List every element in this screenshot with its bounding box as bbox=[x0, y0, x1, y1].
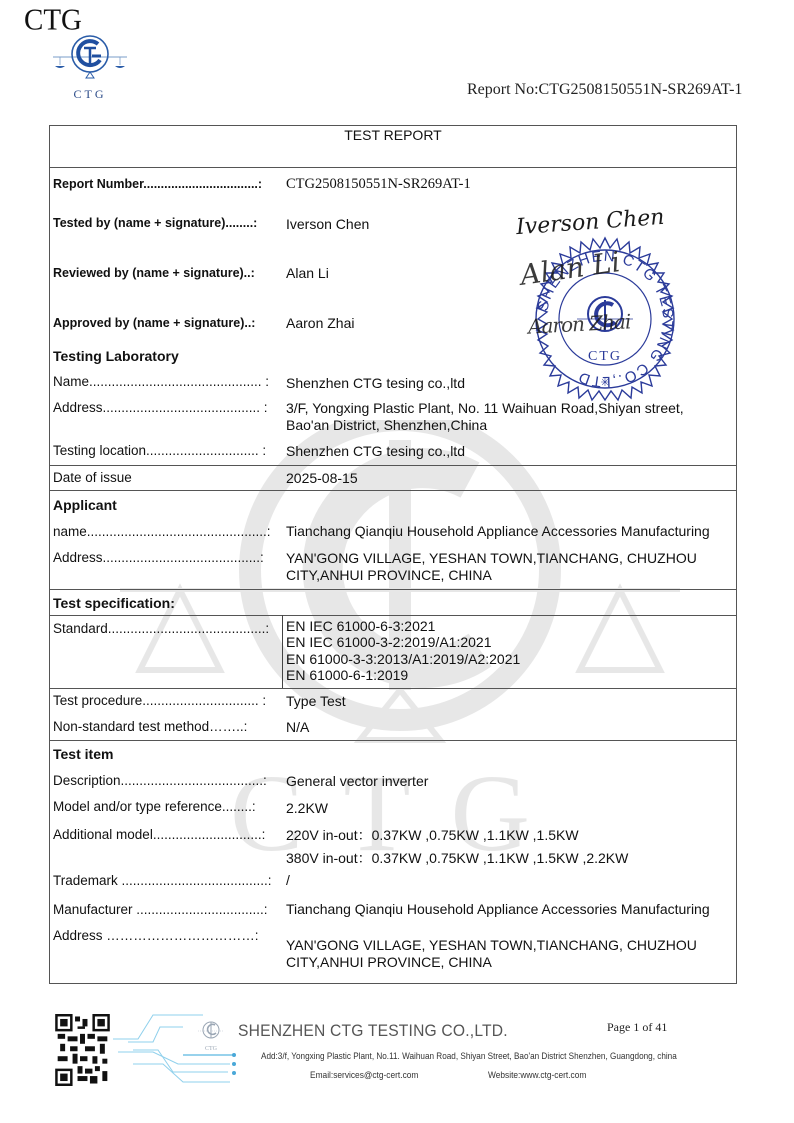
trademark-value: / bbox=[286, 872, 290, 889]
divider bbox=[49, 465, 737, 466]
test-item-heading: Test item bbox=[53, 746, 113, 762]
applicant-name-label: name....................................… bbox=[53, 524, 271, 539]
footer-logo-caption: CTG bbox=[205, 1046, 218, 1052]
non-standard-method-label: Non-standard test method……..: bbox=[53, 719, 247, 734]
divider bbox=[49, 490, 737, 491]
report-number-header: Report No:CTG2508150551N-SR269AT-1 bbox=[467, 81, 742, 99]
report-number-label: Report Number...........................… bbox=[53, 177, 262, 191]
footer-address: Add:3/f, Yongxing Plastic Plant, No.11. … bbox=[261, 1051, 677, 1062]
svg-text:✳: ✳ bbox=[600, 377, 609, 389]
footer-logo-icon: CTG bbox=[196, 1016, 226, 1054]
page-number: Page 1 of 41 bbox=[607, 1020, 667, 1035]
applicant-heading: Applicant bbox=[53, 497, 117, 513]
additional-model-line1: 220V in-out：0.37KW ,0.75KW ,1.1KW ,1.5KW bbox=[286, 827, 579, 844]
model-label: Model and/or type reference........: bbox=[53, 799, 256, 814]
report-title: TEST REPORT bbox=[49, 127, 737, 143]
report-number-value: CTG2508150551N-SR269AT-1 bbox=[286, 176, 471, 193]
standard-value-2: EN IEC 61000-3-2:2019/A1:2021 bbox=[286, 634, 491, 650]
divider bbox=[49, 740, 737, 741]
test-procedure-value: Type Test bbox=[286, 693, 346, 710]
footer-company-name: SHENZHEN CTG TESTING CO.,LTD. bbox=[238, 1021, 508, 1041]
divider bbox=[49, 167, 737, 168]
applicant-address-label: Address.................................… bbox=[53, 550, 264, 565]
standard-value-1: EN IEC 61000-6-3:2021 bbox=[286, 618, 435, 634]
testing-location-label: Testing location........................… bbox=[53, 443, 266, 458]
test-procedure-label: Test procedure..........................… bbox=[53, 693, 266, 708]
qr-code-icon bbox=[55, 1014, 110, 1086]
lab-address-label: Address.................................… bbox=[53, 400, 268, 415]
footer-website-link[interactable]: Website:www.ctg-cert.com bbox=[488, 1070, 586, 1081]
logo-caption: CTG bbox=[74, 87, 107, 101]
trademark-label: Trademark ..............................… bbox=[53, 873, 272, 888]
non-standard-method-value: N/A bbox=[286, 719, 309, 736]
approved-by-value: Aaron Zhai bbox=[286, 315, 354, 332]
divider bbox=[49, 688, 737, 689]
tested-by-label: Tested by (name + signature)........: bbox=[53, 216, 257, 230]
applicant-name-value: Tianchang Qianqiu Household Appliance Ac… bbox=[286, 523, 710, 540]
standard-label: Standard................................… bbox=[53, 621, 269, 636]
manufacturer-address-line2: CITY,ANHUI PROVINCE, CHINA bbox=[286, 954, 492, 971]
standard-value-3: EN 61000-3-3:2013/A1:2019/A2:2021 bbox=[286, 651, 520, 667]
date-of-issue-label: Date of issue bbox=[53, 470, 132, 485]
reviewed-by-value: Alan Li bbox=[286, 265, 329, 282]
lab-name-label: Name....................................… bbox=[53, 374, 269, 389]
manufacturer-value: Tianchang Qianqiu Household Appliance Ac… bbox=[286, 901, 710, 918]
ctg-logo-icon: CTG bbox=[50, 32, 130, 104]
lab-name-value: Shenzhen CTG tesing co.,ltd bbox=[286, 375, 465, 392]
manufacturer-label: Manufacturer ...........................… bbox=[53, 902, 268, 917]
lab-address-line2: Bao'an District, Shenzhen,China bbox=[286, 417, 487, 434]
date-of-issue-value: 2025-08-15 bbox=[286, 470, 358, 487]
tested-by-value: Iverson Chen bbox=[286, 216, 369, 233]
reviewed-by-label: Reviewed by (name + signature)..: bbox=[53, 266, 255, 280]
manufacturer-address-label: Address ……………………………: bbox=[53, 928, 259, 943]
description-label: Description.............................… bbox=[53, 773, 267, 788]
additional-model-label: Additional model........................… bbox=[53, 827, 265, 842]
model-value: 2.2KW bbox=[286, 800, 328, 817]
standard-divider bbox=[282, 615, 283, 688]
stamp-center-text: CTG bbox=[588, 349, 622, 364]
approved-by-label: Approved by (name + signature)..: bbox=[53, 316, 255, 330]
lab-address-line1: 3/F, Yongxing Plastic Plant, No. 11 Waih… bbox=[286, 400, 684, 417]
manufacturer-address-line1: YAN'GONG VILLAGE, YESHAN TOWN,TIANCHANG,… bbox=[286, 937, 697, 954]
divider bbox=[49, 615, 737, 616]
testing-location-value: Shenzhen CTG tesing co.,ltd bbox=[286, 443, 465, 460]
testing-laboratory-heading: Testing Laboratory bbox=[53, 348, 179, 364]
description-value: General vector inverter bbox=[286, 773, 428, 790]
applicant-address-line2: CITY,ANHUI PROVINCE, CHINA bbox=[286, 567, 492, 584]
additional-model-line2: 380V in-out：0.37KW ,0.75KW ,1.1KW ,1.5KW… bbox=[286, 850, 628, 867]
test-specification-heading: Test specification: bbox=[53, 595, 175, 611]
footer-email-link[interactable]: Email:services@ctg-cert.com bbox=[310, 1070, 418, 1081]
standard-value-4: EN 61000-6-1:2019 bbox=[286, 667, 408, 683]
divider bbox=[49, 589, 737, 590]
applicant-address-line1: YAN'GONG VILLAGE, YESHAN TOWN,TIANCHANG,… bbox=[286, 550, 697, 567]
